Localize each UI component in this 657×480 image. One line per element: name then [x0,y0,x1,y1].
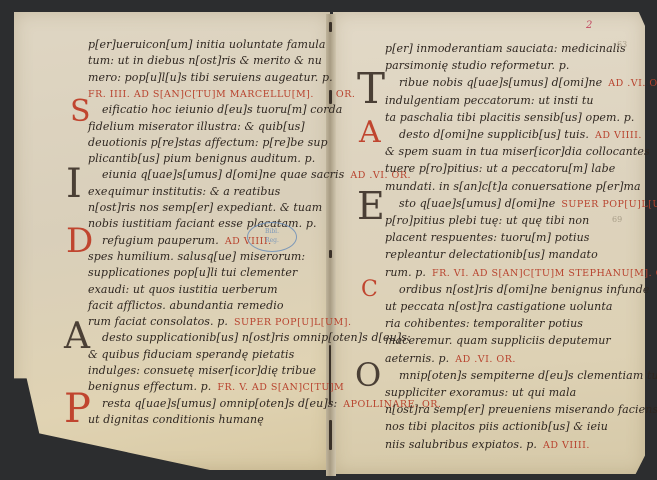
line-text: ordibus n[ost]ris d[omi]ne benignus infu… [399,283,649,296]
line-text: ut dignitas conditionis humanę [88,413,264,426]
text-line: p[er]ueruicon[um] initia uoluntate famul… [88,38,326,51]
text-line: eificatio hoc ieiunio d[eu]s tuoru[m] co… [102,103,342,116]
text-line: n[ost]ris nos semp[er] expediant. & tuam [88,201,322,214]
line-text: eificatio hoc ieiunio d[eu]s tuoru[m] co… [102,103,342,116]
text-line: ria cohibentes: temporaliter potius [385,317,583,330]
line-text: suppliciter exoramus: ut qui mala [385,386,576,399]
line-text: mero: pop[u]l[u]s tibi seruiens augeatur… [88,71,333,84]
decorated-initial: A [359,118,381,148]
rubric-line: FR. IIII. AD S[AN]C[TU]M MARCELLU[M].OR. [88,87,355,100]
text-line: ta paschalia tibi placitis sensib[us] op… [385,111,634,124]
rubric-heading: AD .VI. OR. [455,354,516,365]
text-line: ut dignitas conditionis humanę [88,413,264,426]
decorated-initial: A [64,319,90,355]
text-line: plicantib[us] pium benignus auditum. p. [88,152,315,165]
text-line: placent respuentes: tuoru[m] potius [385,231,590,244]
line-text: p[er] inmoderantiam sauciata: medicinali… [385,42,626,55]
line-text: p[ro]pitius plebi tuę: ut quę tibi non [385,214,589,227]
text-line: aeternis. p.AD .VI. OR. [385,352,516,365]
line-text: & quibus fiduciam sperandę pietatis [88,348,294,361]
text-line: ut peccata n[ost]ra castigatione uolunta [385,300,613,313]
line-text: aeternis. p. [385,352,449,365]
line-text: ta paschalia tibi placitis sensib[us] op… [385,111,634,124]
text-line: benignus effectum. p.FR. V. AD S[AN]C[TU… [88,380,344,393]
text-line: mundati. in s[an]c[t]a conuersatione p[e… [385,180,641,193]
binding-stitch [329,420,332,450]
line-text: deuotionis p[re]stas affectum: p[re]be s… [88,136,328,149]
line-text: FR. IIII. AD S[AN]C[TU]M MARCELLU[M]. [88,89,314,100]
line-text: indulges: consuetę miser[icor]dię tribue [88,364,316,377]
line-text: rum faciat consolatos. p. [88,315,228,328]
pencil-shelfmark: 69 [612,215,622,224]
text-line: p[er] inmoderantiam sauciata: medicinali… [385,42,626,55]
line-text: niis salubribus expiatos. p. [385,438,537,451]
text-line: indulgentiam peccatorum: ut insti tu [385,94,594,107]
line-text: ut peccata n[ost]ra castigatione uolunta [385,300,613,313]
text-line: exequimur institutis: & a reatibus [88,185,280,198]
rubric-heading: AD .VI. OR. [608,78,657,89]
line-text: mnip[oten]s sempiterne d[eu]s clementiam… [399,369,657,382]
line-text: refugium pauperum. [102,234,219,247]
line-text: sto q[uae]s[umus] d[omi]ne [399,197,555,210]
text-line: rum. p.FR. VI. AD S[AN]C[TU]M STEPHANU[M… [385,266,657,279]
rubric-heading: AD VIIII. [595,130,642,141]
text-line: suppliciter exoramus: ut qui mala [385,386,576,399]
line-text: desto supplicationib[us] n[ost]ris omnip… [102,331,411,344]
line-text: n[ost]ra semp[er] preueniens miserando f… [385,403,657,416]
text-line: n[ost]ra semp[er] preueniens miserando f… [385,403,657,416]
line-text: indulgentiam peccatorum: ut insti tu [385,94,594,107]
text-line: ribue nobis q[uae]s[umus] d[omi]neAD .VI… [399,76,657,89]
text-line: eiunia q[uae]s[umus] d[omi]ne quae sacri… [102,168,411,181]
rubric-heading: FR. VI. AD S[AN]C[TU]M STEPHANU[M]. OR. [432,268,657,279]
line-text: supplicationes pop[u]li tui clementer [88,266,297,279]
text-line: niis salubribus expiatos. p.AD VIIII. [385,438,590,451]
text-line: desto d[omi]ne supplicib[us] tuis.AD VII… [399,128,642,141]
rubric-heading: AD VIIII. [543,440,590,451]
text-line: rum faciat consolatos. p.SUPER POP[U]L[U… [88,315,351,328]
text-line: exaudi: ut quos iustitia uerberum [88,283,278,296]
folio-number: 2 [586,20,592,31]
rubric-oratio: OR. [336,89,355,100]
text-line: supplicationes pop[u]li tui clementer [88,266,297,279]
rubric-heading: FR. V. AD S[AN]C[TU]M [217,382,344,393]
binding-stitch [329,250,332,258]
line-text: placent respuentes: tuoru[m] potius [385,231,590,244]
line-text: nos tibi placitos piis actionib[us] & ie… [385,420,608,433]
line-text: benignus effectum. p. [88,380,211,393]
line-text: ria cohibentes: temporaliter potius [385,317,583,330]
line-text: maceremur. quam suppliciis deputemur [385,334,611,347]
decorated-initial: I [66,164,82,204]
text-line: sto q[uae]s[umus] d[omi]neSUPER POP[U]L[… [399,197,657,210]
text-line: desto supplicationib[us] n[ost]ris omnip… [102,331,411,344]
pencil-shelfmark: 63 [617,40,627,49]
line-text: mundati. in s[an]c[t]a conuersatione p[e… [385,180,641,193]
rubric-heading: SUPER POP[U]L[UM]. [234,317,351,328]
line-text: tum: ut in diebus n[ost]ris & merito & n… [88,54,322,67]
text-line: tuere p[ro]pitius: ut a peccatoru[m] lab… [385,162,615,175]
line-text: & spem suam in tua miser[icor]dia colloc… [385,145,650,158]
text-line: maceremur. quam suppliciis deputemur [385,334,611,347]
decorated-initial: C [361,279,378,301]
line-text: repleantur delectationib[us] mandato [385,248,598,261]
text-line: indulges: consuetę miser[icor]dię tribue [88,364,316,377]
line-text: ribue nobis q[uae]s[umus] d[omi]ne [399,76,602,89]
text-line: p[ro]pitius plebi tuę: ut quę tibi non [385,214,589,227]
rubric-heading: SUPER POP[U]L[UM]. [561,199,657,210]
text-line: facit afflictos. abundantia remedio [88,299,284,312]
binding-stitch [329,22,332,32]
line-text: tuere p[ro]pitius: ut a peccatoru[m] lab… [385,162,615,175]
stamp-line: Bibl. [248,227,296,236]
decorated-initial: T [357,68,385,110]
line-text: n[ost]ris nos semp[er] expediant. & tuam [88,201,322,214]
stamp-line: Reg. [248,236,296,245]
text-line: mnip[oten]s sempiterne d[eu]s clementiam… [399,369,657,382]
library-stamp: Bibl. Reg. [247,222,297,252]
line-text: exaudi: ut quos iustitia uerberum [88,283,278,296]
text-line: tum: ut in diebus n[ost]ris & merito & n… [88,54,322,67]
line-text: eiunia q[uae]s[umus] d[omi]ne quae sacri… [102,168,344,181]
line-text: plicantib[us] pium benignus auditum. p. [88,152,315,165]
line-text: parsimonię studio reformetur. p. [385,59,569,72]
line-text: desto d[omi]ne supplicib[us] tuis. [399,128,589,141]
line-text: rum. p. [385,266,426,279]
text-line: & spem suam in tua miser[icor]dia colloc… [385,145,650,158]
decorated-initial: O [355,359,381,391]
line-text: facit afflictos. abundantia remedio [88,299,284,312]
line-text: exequimur institutis: & a reatibus [88,185,280,198]
text-line: ordibus n[ost]ris d[omi]ne benignus infu… [399,283,649,296]
decorated-initial: P [64,389,91,429]
line-text: fidelium miserator illustra: & quib[us] [88,120,305,133]
decorated-initial: E [357,187,385,225]
text-line: repleantur delectationib[us] mandato [385,248,598,261]
text-line: fidelium miserator illustra: & quib[us] [88,120,305,133]
line-text: resta q[uae]s[umus] omnip[oten]s d[eu]s: [102,397,337,410]
line-text: p[er]ueruicon[um] initia uoluntate famul… [88,38,326,51]
text-line: parsimonię studio reformetur. p. [385,59,569,72]
text-line: mero: pop[u]l[u]s tibi seruiens augeatur… [88,71,333,84]
text-line: & quibus fiduciam sperandę pietatis [88,348,294,361]
text-line: nos tibi placitos piis actionib[us] & ie… [385,420,608,433]
text-line: deuotionis p[re]stas affectum: p[re]be s… [88,136,328,149]
